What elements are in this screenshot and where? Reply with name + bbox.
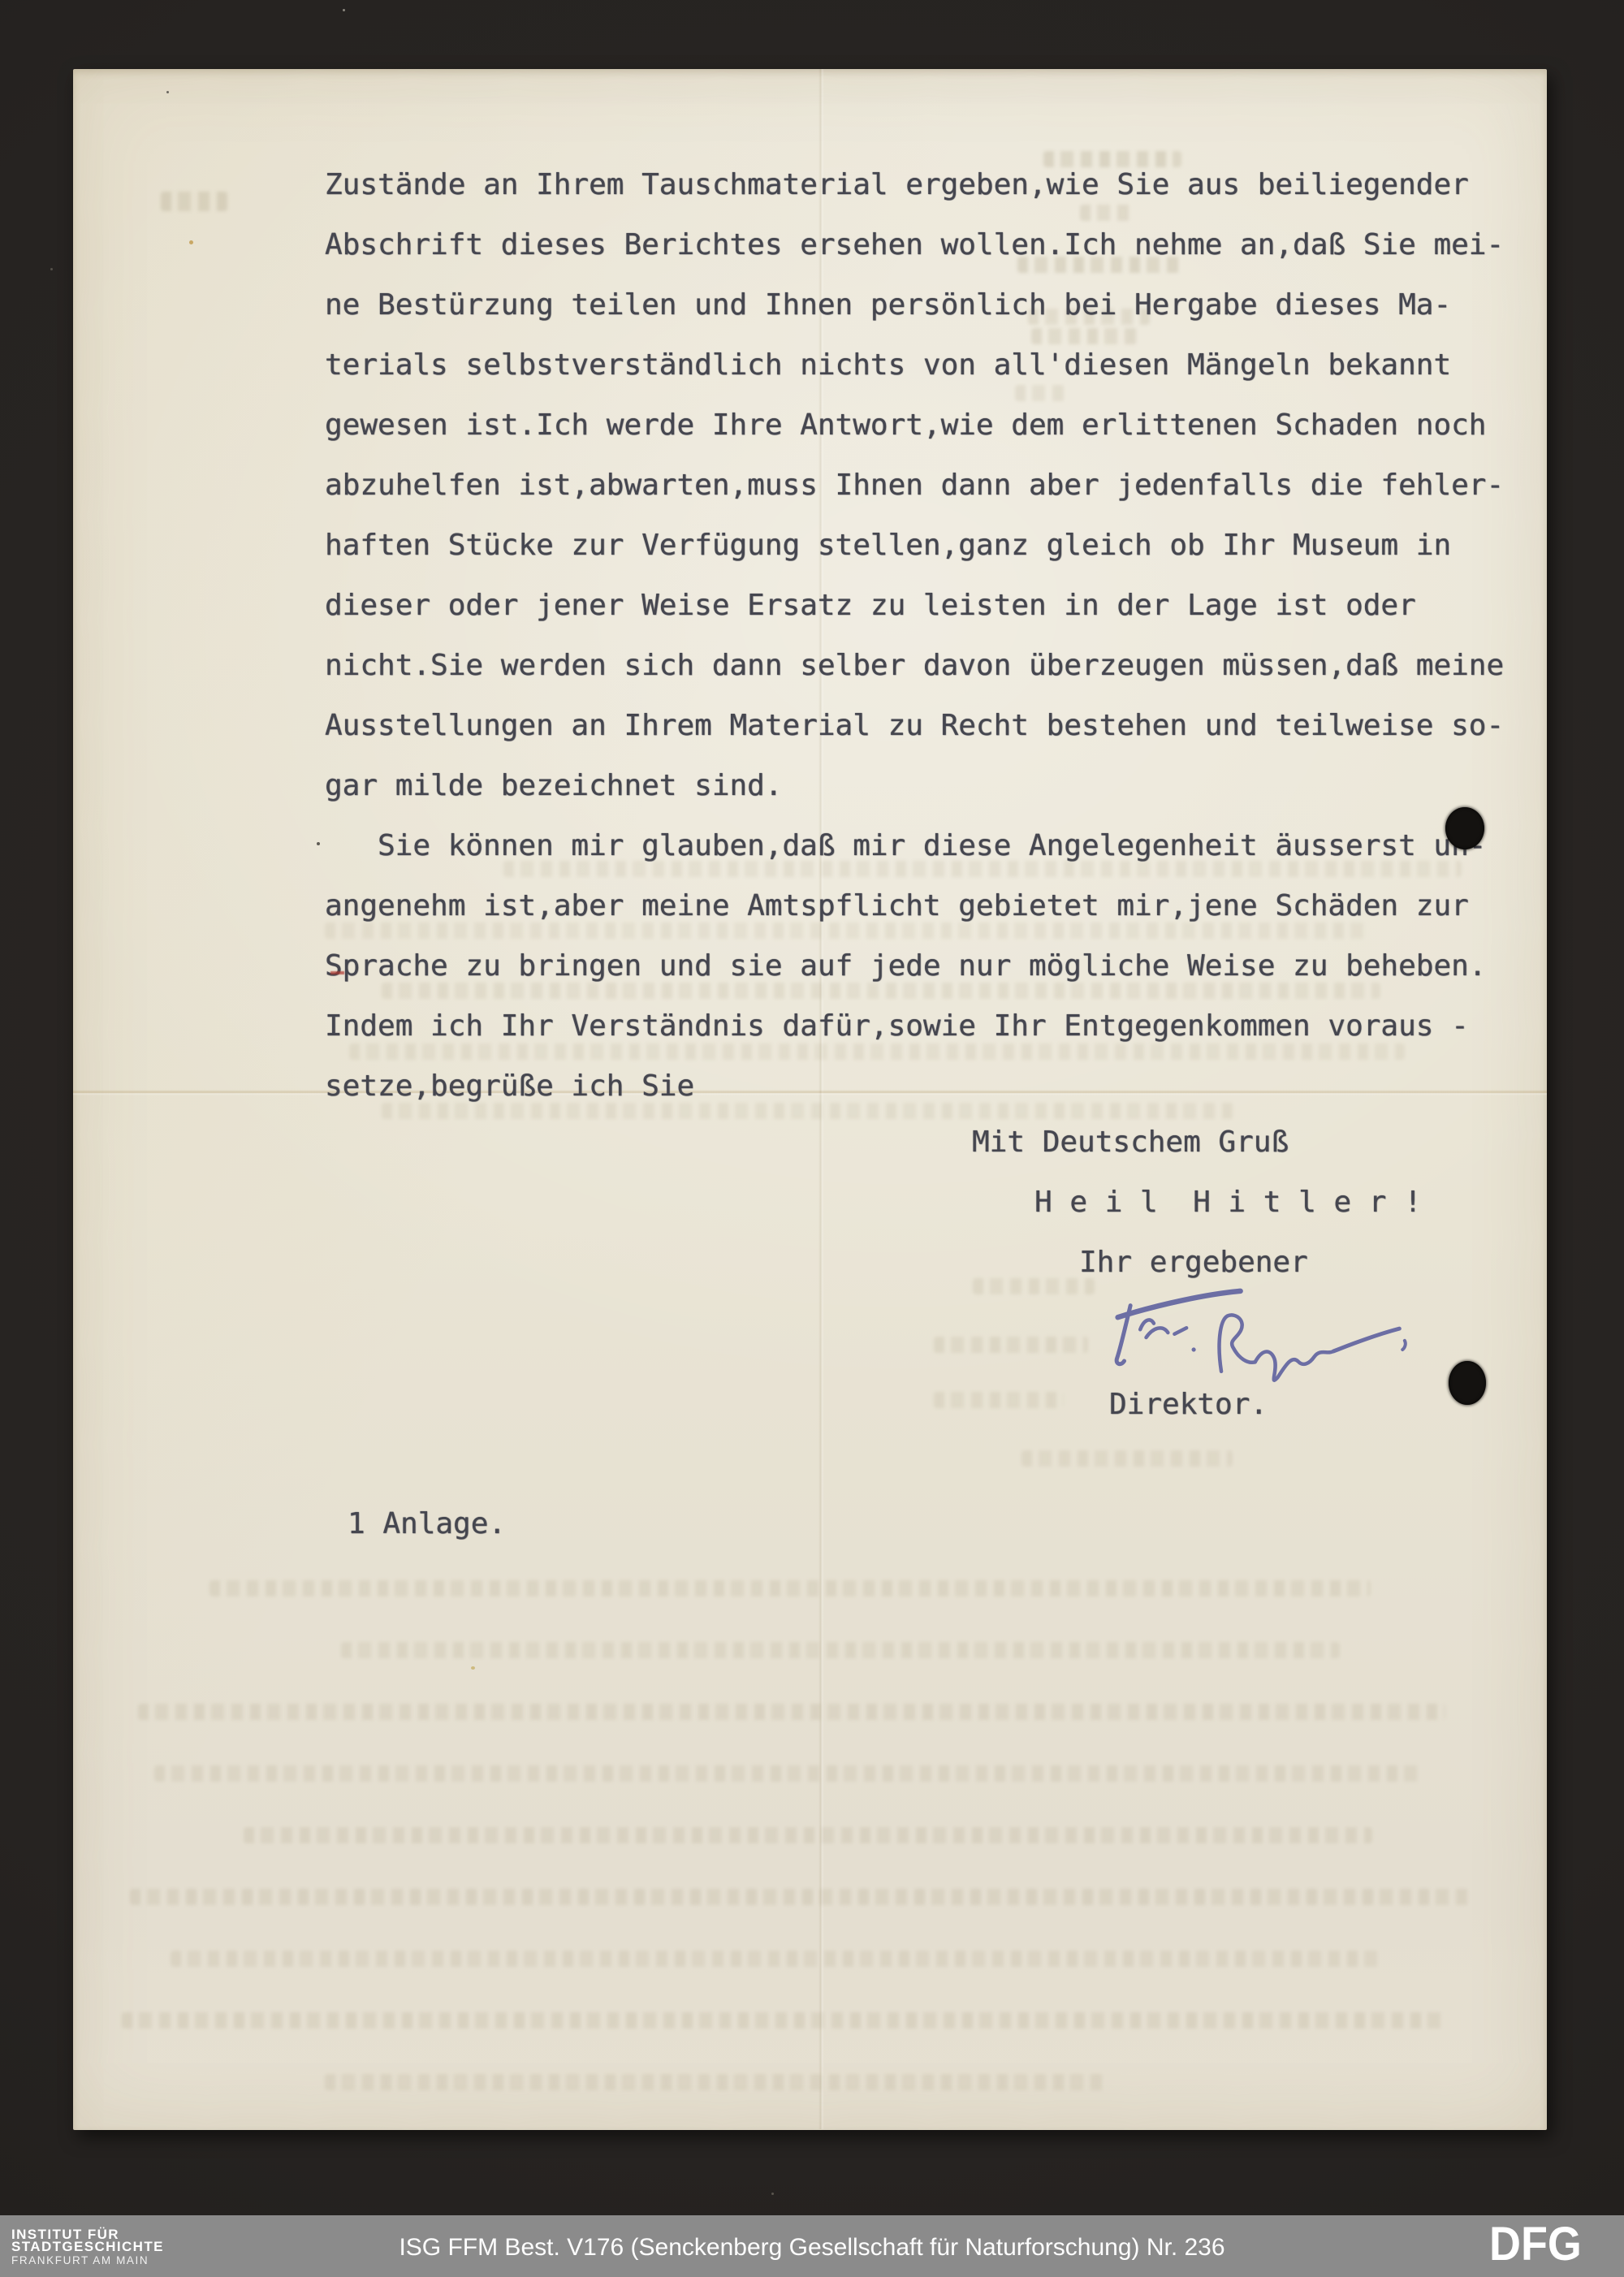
bleedthrough-ghost-line (382, 983, 1380, 999)
bleedthrough-ghost-line (171, 1951, 1380, 1967)
typed-line: haften Stücke zur Verfügung stellen,ganz… (325, 528, 1451, 564)
typed-line: angenehm ist,aber meine Amtspflicht gebi… (325, 888, 1469, 924)
bleedthrough-ghost-line (1080, 205, 1130, 221)
dust-speck (166, 91, 169, 93)
typed-line: Indem ich Ihr Verständnis dafür,sowie Ih… (325, 1009, 1469, 1044)
dust-speck (50, 268, 53, 270)
bleedthrough-ghost-line (973, 1278, 1095, 1294)
typed-line: Sprache zu bringen und sie auf jede nur … (325, 948, 1486, 984)
typed-line: nicht.Sie werden sich dann selber davon … (325, 648, 1504, 684)
typed-line: dieser oder jener Weise Ersatz zu leiste… (325, 588, 1416, 624)
horizontal-fold-crease (73, 1090, 1547, 1095)
closing-ergebener: Ihr ergebener (1079, 1245, 1308, 1281)
typed-line: gar milde bezeichnet sind. (325, 768, 783, 804)
bleedthrough-ghost-line (1031, 328, 1137, 344)
typed-line: setze,begrüße ich Sie (325, 1069, 694, 1104)
bleedthrough-ghost-line (209, 1580, 1371, 1596)
typed-line: terials selbstverständlich nichts von al… (325, 348, 1451, 383)
bleedthrough-ghost-line (934, 1337, 1088, 1353)
bleedthrough-ghost-line (130, 1889, 1470, 1905)
bleedthrough-ghost-line (934, 1392, 1064, 1408)
enclosure-note: 1 Anlage. (348, 1506, 506, 1542)
dust-speck (771, 2193, 774, 2195)
dfg-logo: DFG (1489, 2219, 1610, 2270)
punch-hole (1449, 1361, 1486, 1405)
archival-scan-viewer: Zustände an Ihrem Tauschmaterial ergeben… (0, 0, 1624, 2277)
typed-line: Sie können mir glauben,daß mir diese Ang… (378, 828, 1486, 864)
bleedthrough-ghost-line (1021, 1450, 1233, 1467)
bleedthrough-ghost-line (244, 1827, 1372, 1843)
bleedthrough-ghost-line (154, 1765, 1421, 1782)
bleedthrough-ghost-mark (161, 192, 227, 211)
bleedthrough-ghost-line (1015, 385, 1065, 401)
bleedthrough-ghost-line (382, 1103, 1234, 1119)
bleedthrough-ghost-line (122, 2012, 1445, 2029)
dust-speck (471, 1666, 475, 1670)
archival-citation: ISG FFM Best. V176 (Senckenberg Gesellsc… (0, 2235, 1624, 2261)
punch-hole (1445, 807, 1484, 849)
typed-line: Abschrift dieses Berichtes ersehen wolle… (325, 227, 1504, 263)
typed-line: Ausstellungen an Ihrem Material zu Recht… (325, 708, 1504, 744)
bleedthrough-ghost-line (325, 2074, 1104, 2090)
dust-speck (343, 9, 345, 11)
bleedthrough-ghost-line (341, 1642, 1340, 1658)
bleedthrough-ghost-line (1043, 151, 1181, 167)
red-correction-underline (330, 971, 344, 974)
bleedthrough-ghost-line (138, 1704, 1445, 1720)
closing-salutation: Mit Deutschem Gruß (972, 1125, 1289, 1160)
bleedthrough-ghost-line (349, 1043, 1405, 1060)
typed-line: Zustände an Ihrem Tauschmaterial ergeben… (325, 167, 1469, 203)
bleedthrough-ghost-line (325, 922, 1364, 939)
dust-speck (189, 240, 193, 244)
closing-heil-line: H e i l H i t l e r ! (1034, 1185, 1422, 1221)
typed-line: gewesen ist.Ich werde Ihre Antwort,wie d… (325, 408, 1486, 443)
typed-line: abzuhelfen ist,abwarten,muss Ihnen dann … (325, 468, 1504, 503)
dust-speck (317, 842, 320, 845)
typed-line: ne Bestürzung teilen und Ihnen persönlic… (325, 287, 1451, 323)
closing-direktor: Direktor. (1109, 1387, 1268, 1423)
